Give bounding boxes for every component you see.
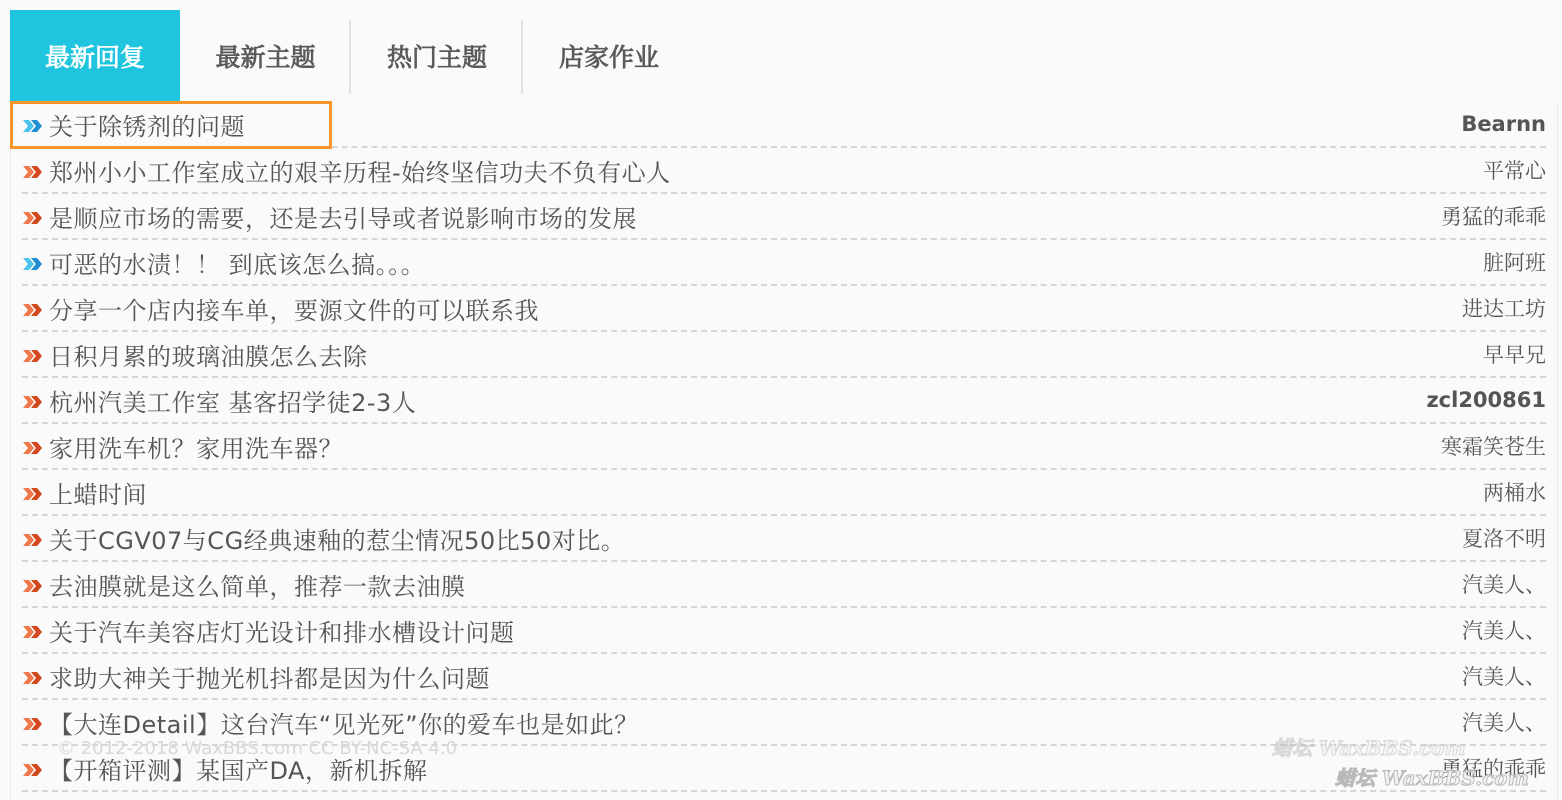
double-chevron-right-icon xyxy=(22,119,44,133)
thread-title-group: 【大连Detail】这台汽车“见光死”你的爱车也是如此？ xyxy=(22,705,639,740)
thread-title-link[interactable]: 关于CGV07与CG经典速釉的惹尘情况50比50对比。 xyxy=(49,521,625,556)
thread-title-link[interactable]: 可恶的水渍！！ 到底该怎么搞。。。 xyxy=(49,245,425,280)
thread-title-group: 家用洗车机？家用洗车器？ xyxy=(22,429,343,464)
double-chevron-right-icon xyxy=(22,211,44,225)
thread-title-group: 关于CGV07与CG经典速釉的惹尘情况50比50对比。 xyxy=(22,521,625,556)
thread-row[interactable]: 上蜡时间 两桶水 xyxy=(22,470,1546,516)
double-chevron-right-icon xyxy=(22,349,44,363)
thread-title-group: 可恶的水渍！！ 到底该怎么搞。。。 xyxy=(22,245,425,280)
thread-author-link[interactable]: 寒霜笑苍生 xyxy=(1441,431,1546,461)
double-chevron-right-icon xyxy=(22,487,44,501)
thread-title-link[interactable]: 关于除锈剂的问题 xyxy=(49,107,245,142)
thread-author-link[interactable]: 平常心 xyxy=(1483,155,1546,185)
double-chevron-right-icon xyxy=(22,625,44,639)
tab-label: 最新主题 xyxy=(215,38,315,74)
thread-author-link[interactable]: 脏阿班 xyxy=(1483,247,1546,277)
thread-title-group: 上蜡时间 xyxy=(22,475,147,510)
tab-hot-topics[interactable]: 热门主题 xyxy=(351,10,523,102)
thread-author-link[interactable]: zcl200861 xyxy=(1426,388,1546,412)
forum-thread-list-page: 最新回复 最新主题 热门主题 店家作业 关于除锈剂的问题 Bearnn xyxy=(0,0,1562,800)
thread-title-group: 郑州小小工作室成立的艰辛历程-始终坚信功夫不负有心人 xyxy=(22,153,671,188)
thread-row[interactable]: 家用洗车机？家用洗车器？ 寒霜笑苍生 xyxy=(22,424,1546,470)
thread-author-link[interactable]: 两桶水 xyxy=(1483,477,1546,507)
thread-row[interactable]: 郑州小小工作室成立的艰辛历程-始终坚信功夫不负有心人 平常心 xyxy=(22,148,1546,194)
thread-title-link[interactable]: 去油膜就是这么简单，推荐一款去油膜 xyxy=(49,567,466,602)
thread-title-link[interactable]: 是顺应市场的需要，还是去引导或者说影响市场的发展 xyxy=(49,199,637,234)
double-chevron-right-icon xyxy=(22,533,44,547)
thread-list: 关于除锈剂的问题 Bearnn 郑州小小工作室成立的艰辛历程-始终坚信功夫不负有… xyxy=(10,102,1546,792)
thread-title-group: 是顺应市场的需要，还是去引导或者说影响市场的发展 xyxy=(22,199,637,234)
thread-title-link[interactable]: 上蜡时间 xyxy=(49,475,147,510)
thread-title-link[interactable]: 日积月累的玻璃油膜怎么去除 xyxy=(49,337,368,372)
double-chevron-right-icon xyxy=(22,441,44,455)
thread-author-link[interactable]: 夏洛不明 xyxy=(1462,523,1546,553)
double-chevron-right-icon xyxy=(22,717,44,731)
thread-author-link[interactable]: 汽美人、 xyxy=(1462,615,1546,645)
thread-author-link[interactable]: 早早兄 xyxy=(1483,339,1546,369)
thread-title-group: 杭州汽美工作室 基客招学徒2-3人 xyxy=(22,383,416,418)
watermark-logo: 蜡坛 WaxBBS.com xyxy=(1335,762,1529,791)
double-chevron-right-icon xyxy=(22,395,44,409)
thread-title-link[interactable]: 【大连Detail】这台汽车“见光死”你的爱车也是如此？ xyxy=(49,705,639,740)
copyright-text: © 2012-2018 WaxBBS.com CC BY-NC-SA 4.0 xyxy=(57,738,457,759)
thread-author-link[interactable]: 汽美人、 xyxy=(1462,707,1546,737)
thread-title-group: 去油膜就是这么简单，推荐一款去油膜 xyxy=(22,567,466,602)
thread-title-link[interactable]: 杭州汽美工作室 基客招学徒2-3人 xyxy=(49,383,416,418)
tab-latest-topics[interactable]: 最新主题 xyxy=(180,10,351,102)
thread-row[interactable]: 关于CGV07与CG经典速釉的惹尘情况50比50对比。 夏洛不明 xyxy=(22,516,1546,562)
thread-title-link[interactable]: 关于汽车美容店灯光设计和排水槽设计问题 xyxy=(49,613,515,648)
thread-row[interactable]: 去油膜就是这么简单，推荐一款去油膜 汽美人、 xyxy=(22,562,1546,608)
thread-title-group: 日积月累的玻璃油膜怎么去除 xyxy=(22,337,368,372)
double-chevron-right-icon xyxy=(22,165,44,179)
thread-row[interactable]: 是顺应市场的需要，还是去引导或者说影响市场的发展 勇猛的乖乖 xyxy=(22,194,1546,240)
thread-row[interactable]: 求助大神关于抛光机抖都是因为什么问题 汽美人、 xyxy=(22,654,1546,700)
thread-author-link[interactable]: 勇猛的乖乖 xyxy=(1441,201,1546,231)
thread-row[interactable]: 杭州汽美工作室 基客招学徒2-3人 zcl200861 xyxy=(22,378,1546,424)
double-chevron-right-icon xyxy=(22,671,44,685)
thread-row[interactable]: 分享一个店内接车单，要源文件的可以联系我 进达工坊 xyxy=(22,286,1546,332)
thread-row[interactable]: 关于除锈剂的问题 Bearnn xyxy=(22,102,1546,148)
thread-title-group: 分享一个店内接车单，要源文件的可以联系我 xyxy=(22,291,539,326)
tab-label: 最新回复 xyxy=(45,38,145,74)
double-chevron-right-icon xyxy=(22,303,44,317)
thread-title-link[interactable]: 家用洗车机？家用洗车器？ xyxy=(49,429,343,464)
double-chevron-right-icon xyxy=(22,763,44,777)
watermark-logo: 蜡坛 WaxBBS.com xyxy=(1272,732,1466,761)
thread-author-link[interactable]: 汽美人、 xyxy=(1462,661,1546,691)
tab-latest-replies[interactable]: 最新回复 xyxy=(10,10,180,102)
tab-bar: 最新回复 最新主题 热门主题 店家作业 xyxy=(10,10,695,102)
thread-author-link[interactable]: 汽美人、 xyxy=(1462,569,1546,599)
thread-title-group: 求助大神关于抛光机抖都是因为什么问题 xyxy=(22,659,490,694)
double-chevron-right-icon xyxy=(22,257,44,271)
thread-row[interactable]: 日积月累的玻璃油膜怎么去除 早早兄 xyxy=(22,332,1546,378)
tab-label: 热门主题 xyxy=(387,38,487,74)
thread-row[interactable]: 可恶的水渍！！ 到底该怎么搞。。。 脏阿班 xyxy=(22,240,1546,286)
thread-title-group: 关于除锈剂的问题 xyxy=(22,107,245,142)
thread-author-link[interactable]: Bearnn xyxy=(1461,112,1546,136)
thread-title-group: 关于汽车美容店灯光设计和排水槽设计问题 xyxy=(22,613,515,648)
tab-shop-works[interactable]: 店家作业 xyxy=(523,10,695,102)
tab-label: 店家作业 xyxy=(559,38,659,74)
thread-title-link[interactable]: 求助大神关于抛光机抖都是因为什么问题 xyxy=(49,659,490,694)
thread-author-link[interactable]: 进达工坊 xyxy=(1462,293,1546,323)
thread-row[interactable]: 关于汽车美容店灯光设计和排水槽设计问题 汽美人、 xyxy=(22,608,1546,654)
double-chevron-right-icon xyxy=(22,579,44,593)
thread-title-link[interactable]: 郑州小小工作室成立的艰辛历程-始终坚信功夫不负有心人 xyxy=(49,153,671,188)
thread-title-link[interactable]: 分享一个店内接车单，要源文件的可以联系我 xyxy=(49,291,539,326)
